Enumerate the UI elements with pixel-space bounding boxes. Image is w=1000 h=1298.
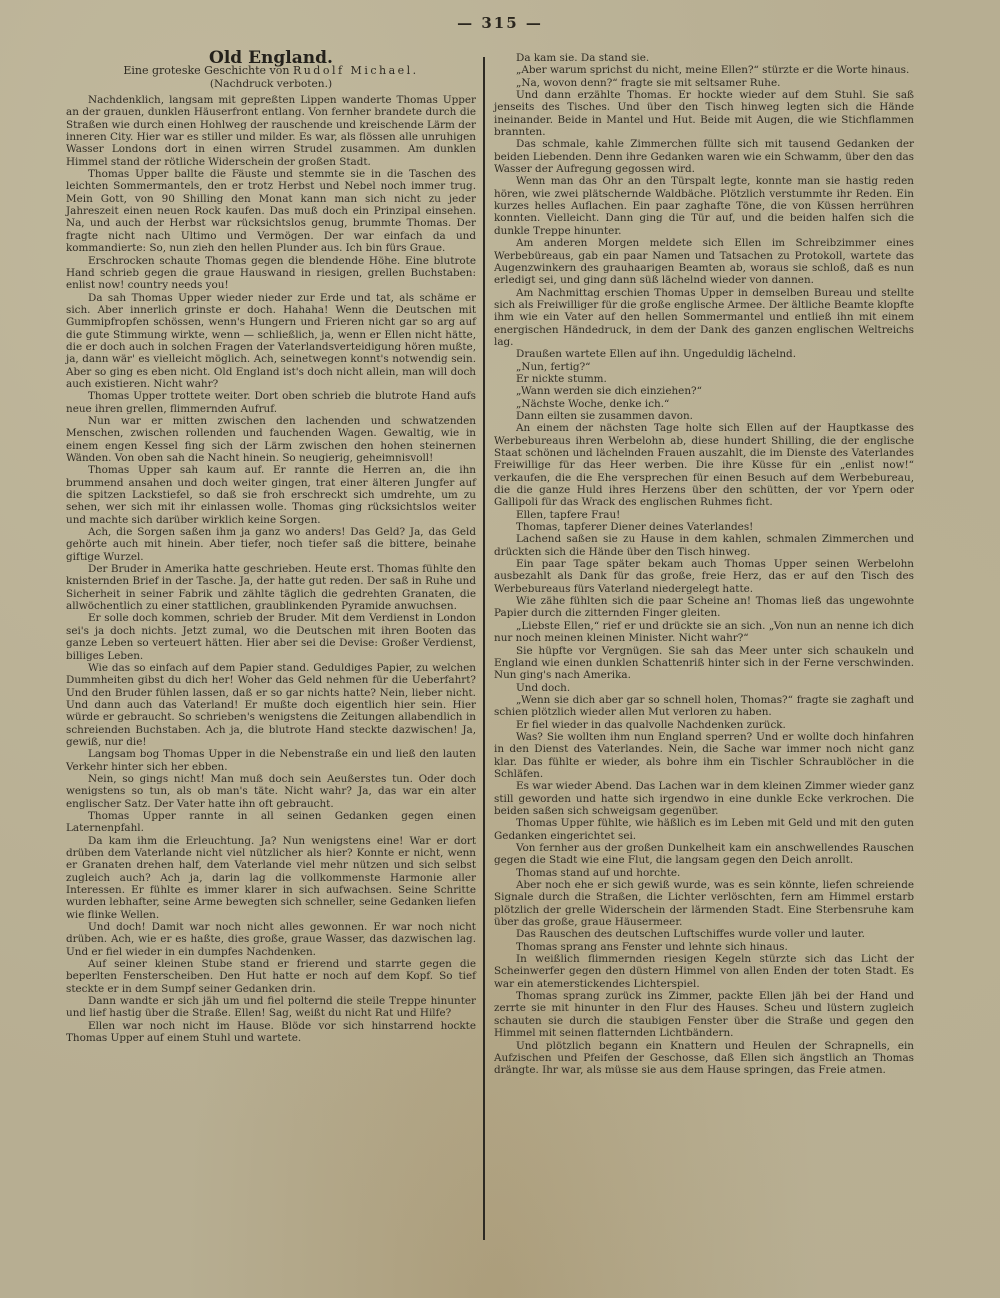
left-column: Old England. Eine groteske Geschichte vo… [66, 50, 476, 1045]
subtitle-prefix: Eine groteske Geschichte von [123, 64, 293, 77]
paragraph: Und plötzlich begann ein Knattern und He… [494, 1040, 914, 1077]
paragraph: Da kam ihm die Erleuchtung. Ja? Nun weni… [66, 835, 476, 921]
paragraph: Thomas sprang ans Fenster und lehnte sic… [494, 941, 914, 953]
paragraph: Der Bruder in Amerika hatte geschrieben.… [66, 563, 476, 612]
paragraph: Er nickte stumm. [494, 373, 914, 385]
paragraph: Thomas Upper fühlte, wie häßlich es im L… [494, 817, 914, 842]
paragraph: Und doch. [494, 682, 914, 694]
article-subtitle: Eine groteske Geschichte von Rudolf Mich… [66, 65, 476, 77]
paragraph: Wie zähe fühlten sich die paar Scheine a… [494, 595, 914, 620]
paragraph: Von fernher aus der großen Dunkelheit ka… [494, 842, 914, 867]
paragraph: Dann wandte er sich jäh um und fiel polt… [66, 995, 476, 1020]
paragraph: „Wenn sie dich aber gar so schnell holen… [494, 694, 914, 719]
paragraph: Ein paar Tage später bekam auch Thomas U… [494, 558, 914, 595]
paragraph: Nachdenklich, langsam mit gepreßten Lipp… [66, 94, 476, 168]
left-column-body: Nachdenklich, langsam mit gepreßten Lipp… [66, 94, 476, 1044]
paragraph: Am Nachmittag erschien Thomas Upper in d… [494, 287, 914, 349]
page-number: — 315 — [0, 14, 1000, 32]
paragraph: Draußen wartete Ellen auf ihn. Ungeduldi… [494, 348, 914, 360]
paragraph: Ach, die Sorgen saßen ihm ja ganz wo and… [66, 526, 476, 563]
paragraph: Er solle doch kommen, schrieb der Bruder… [66, 612, 476, 661]
article-title: Old England. [66, 52, 476, 64]
paragraph: Lachend saßen sie zu Hause in dem kahlen… [494, 533, 914, 558]
paragraph: Thomas Upper sah kaum auf. Er rannte die… [66, 464, 476, 526]
paragraph: Ellen, tapfere Frau! [494, 509, 914, 521]
paragraph: Das Rauschen des deutschen Luftschiffes … [494, 928, 914, 940]
paragraph: Am anderen Morgen meldete sich Ellen im … [494, 237, 914, 286]
author-name: Rudolf Michael. [293, 64, 419, 77]
paragraph: Thomas Upper rannte in all seinen Gedank… [66, 810, 476, 835]
paragraph: Und dann erzählte Thomas. Er hockte wied… [494, 89, 914, 138]
paragraph: Er fiel wieder in das qualvolle Nachdenk… [494, 719, 914, 731]
paragraph: Aber noch ehe er sich gewiß wurde, was e… [494, 879, 914, 928]
right-column: Da kam sie. Da stand sie. „Aber warum sp… [494, 52, 914, 1077]
paragraph: Thomas Upper trottete weiter. Dort oben … [66, 390, 476, 415]
paragraph: Dann eilten sie zusammen davon. [494, 410, 914, 422]
paragraph: Nun war er mitten zwischen den lachenden… [66, 415, 476, 464]
paragraph: In weißlich flimmernden riesigen Kegeln … [494, 953, 914, 990]
paragraph: Thomas Upper ballte die Fäuste und stemm… [66, 168, 476, 254]
paragraph: Ellen war noch nicht im Hause. Blöde vor… [66, 1020, 476, 1045]
paragraph: Wenn man das Ohr an den Türspalt legte, … [494, 175, 914, 237]
reprint-note: (Nachdruck verboten.) [66, 78, 476, 90]
paragraph: Auf seiner kleinen Stube stand er friere… [66, 958, 476, 995]
paragraph: Thomas, tapferer Diener deines Vaterland… [494, 521, 914, 533]
paragraph: An einem der nächsten Tage holte sich El… [494, 422, 914, 508]
paragraph: Langsam bog Thomas Upper in die Nebenstr… [66, 748, 476, 773]
paragraph: Was? Sie wollten ihm nun England sperren… [494, 731, 914, 780]
column-divider [483, 57, 485, 1240]
paragraph: Thomas stand auf und horchte. [494, 867, 914, 879]
paragraph: „Nun, fertig?“ [494, 361, 914, 373]
paragraph: „Nächste Woche, denke ich.“ [494, 398, 914, 410]
paragraph: „Liebste Ellen,“ rief er und drückte sie… [494, 620, 914, 645]
paragraph: „Aber warum sprichst du nicht, meine Ell… [494, 64, 914, 76]
paragraph: „Wann werden sie dich einziehen?“ [494, 385, 914, 397]
paragraph: Da kam sie. Da stand sie. [494, 52, 914, 64]
paragraph: Das schmale, kahle Zimmerchen füllte sic… [494, 138, 914, 175]
paragraph: „Na, wovon denn?“ fragte sie mit seltsam… [494, 77, 914, 89]
paragraph: Sie hüpfte vor Vergnügen. Sie sah das Me… [494, 645, 914, 682]
paragraph: Es war wieder Abend. Das Lachen war in d… [494, 780, 914, 817]
paragraph: Erschrocken schaute Thomas gegen die ble… [66, 255, 476, 292]
paragraph: Und doch! Damit war noch nicht alles gew… [66, 921, 476, 958]
paragraph: Thomas sprang zurück ins Zimmer, packte … [494, 990, 914, 1039]
paragraph: Nein, so gings nicht! Man muß doch sein … [66, 773, 476, 810]
paragraph: Wie das so einfach auf dem Papier stand.… [66, 662, 476, 748]
paragraph: Da sah Thomas Upper wieder nieder zur Er… [66, 292, 476, 391]
